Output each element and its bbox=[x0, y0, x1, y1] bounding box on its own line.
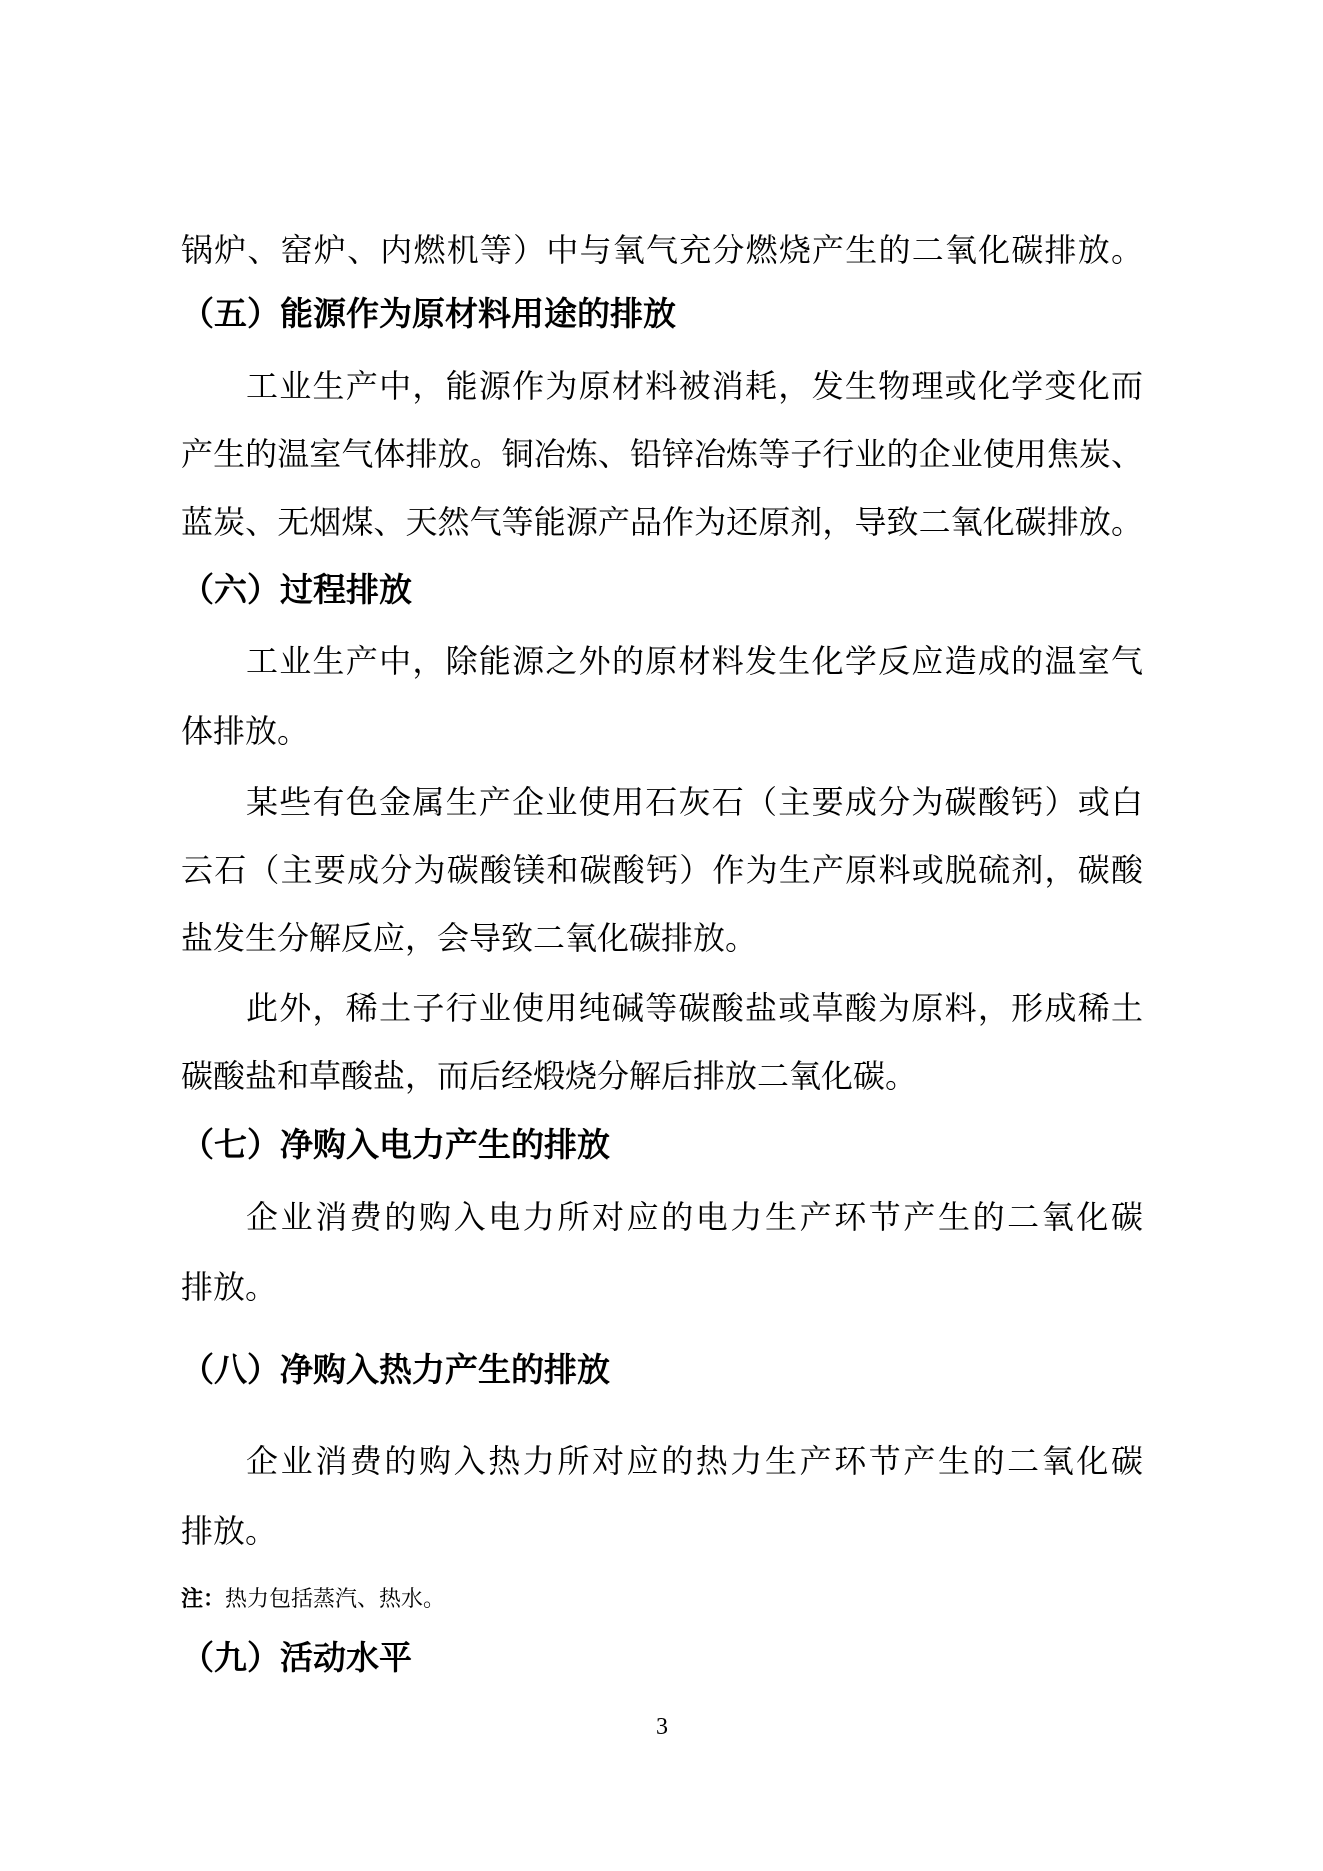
body-line: 碳酸盐和草酸盐，而后经煅烧分解后排放二氧化碳。 bbox=[181, 1058, 1143, 1094]
body-line: 体排放。 bbox=[181, 713, 1143, 749]
heading-section-8: （八）净购入热力产生的排放 bbox=[181, 1353, 1143, 1389]
body-line: 盐发生分解反应，会导致二氧化碳排放。 bbox=[181, 920, 1143, 956]
body-line: 排放。 bbox=[181, 1269, 1143, 1305]
body-line: 工业生产中，能源作为原材料被消耗，发生物理或化学变化而 bbox=[181, 368, 1143, 404]
footnote-label: 注： bbox=[181, 1586, 225, 1611]
body-line: 某些有色金属生产企业使用石灰石（主要成分为碳酸钙）或白 bbox=[181, 784, 1143, 820]
body-line: 蓝炭、无烟煤、天然气等能源产品作为还原剂，导致二氧化碳排放。 bbox=[181, 504, 1143, 540]
heading-section-5: （五）能源作为原材料用途的排放 bbox=[181, 297, 1143, 333]
body-line: 云石（主要成分为碳酸镁和碳酸钙）作为生产原料或脱硫剂，碳酸 bbox=[181, 852, 1143, 888]
body-line: 此外，稀土子行业使用纯碱等碳酸盐或草酸为原料，形成稀土 bbox=[181, 990, 1143, 1026]
heading-section-6: （六）过程排放 bbox=[181, 573, 1143, 609]
body-line: 企业消费的购入电力所对应的电力生产环节产生的二氧化碳 bbox=[181, 1199, 1143, 1235]
footnote: 注：热力包括蒸汽、热水。 bbox=[181, 1586, 1143, 1612]
document-page: 锅炉、窑炉、内燃机等）中与氧气充分燃烧产生的二氧化碳排放。 （五）能源作为原材料… bbox=[0, 0, 1323, 1871]
body-line: 工业生产中，除能源之外的原材料发生化学反应造成的温室气 bbox=[181, 643, 1143, 679]
body-line: 企业消费的购入热力所对应的热力生产环节产生的二氧化碳 bbox=[181, 1443, 1143, 1479]
heading-section-9: （九）活动水平 bbox=[181, 1641, 1143, 1677]
footnote-text: 热力包括蒸汽、热水。 bbox=[225, 1586, 445, 1611]
body-line: 排放。 bbox=[181, 1513, 1143, 1549]
body-line: 锅炉、窑炉、内燃机等）中与氧气充分燃烧产生的二氧化碳排放。 bbox=[181, 232, 1143, 268]
page-number: 3 bbox=[181, 1713, 1143, 1741]
body-line: 产生的温室气体排放。铜冶炼、铅锌冶炼等子行业的企业使用焦炭、 bbox=[181, 436, 1143, 472]
heading-section-7: （七）净购入电力产生的排放 bbox=[181, 1128, 1143, 1164]
